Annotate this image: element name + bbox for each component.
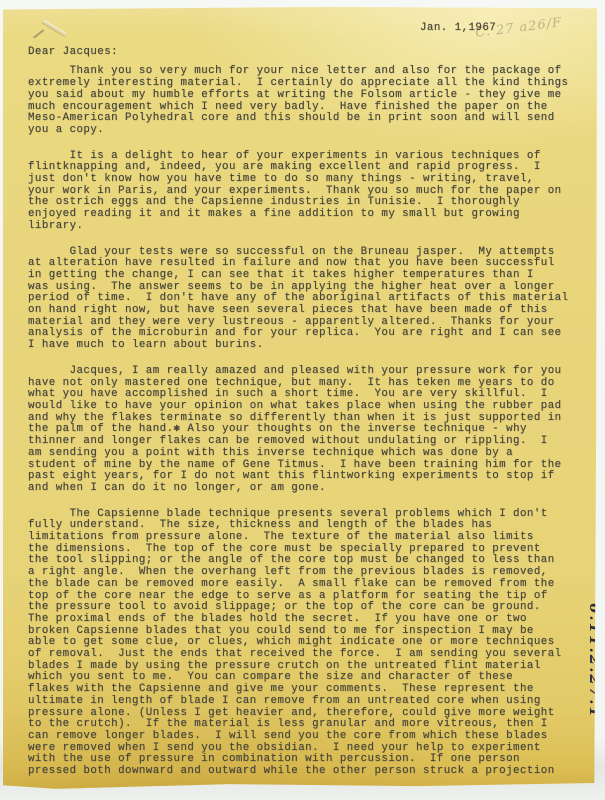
letter-paragraph: Glad your tests were so successful on th… [28,247,588,352]
letter-body: Thank you so very much for your nice let… [28,66,588,777]
letter-paragraph: The Capsienne blade technique presents s… [28,509,588,778]
letter-paragraph: Thank you so very much for your nice let… [28,66,588,136]
accession-number-note: 6.11.2.27.1 [586,603,604,719]
letter-salutation: Dear Jacques: [28,47,593,59]
letter-paragraph: It is a delight to hear of your experime… [28,151,588,233]
letter-date: Jan. 1,1967 [420,23,593,35]
letter-page: C. 27 a26/F Jan. 1,1967 Dear Jacques: Th… [3,6,597,790]
letter-paragraph: Jacques, I am really amazed and pleased … [28,366,588,495]
letter-content: Jan. 1,1967 Dear Jacques: Thank you so v… [28,6,593,778]
